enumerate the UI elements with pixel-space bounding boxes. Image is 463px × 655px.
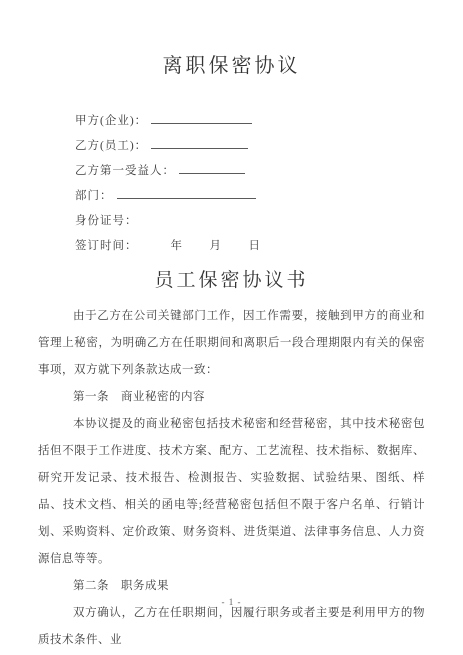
- field-label: 身份证号：: [75, 215, 138, 227]
- document-title: 离职保密协议: [38, 52, 425, 80]
- field-label: 甲方(企业)：: [75, 115, 147, 127]
- field-blank-line: [117, 185, 256, 199]
- field-label: 部门：: [75, 190, 113, 202]
- field-blank-line: [179, 160, 245, 174]
- field-party-a: 甲方(企业)：: [75, 109, 425, 134]
- field-label: 签订时间：: [75, 240, 138, 252]
- field-label: 乙方第一受益人：: [75, 165, 175, 177]
- section-2-heading: 第二条 职务成果: [38, 573, 425, 600]
- field-id-number: 身份证号：: [75, 209, 425, 234]
- field-date-placeholder: 年 月 日: [171, 240, 269, 252]
- section-1-heading: 第一条 商业秘密的内容: [38, 384, 425, 411]
- intro-paragraph: 由于乙方在公司关键部门工作，因工作需要，接触到甲方的商业和管理上秘密，为明确乙方…: [38, 303, 425, 384]
- field-party-b: 乙方(员工)：: [75, 134, 425, 159]
- document-subtitle: 员工保密协议书: [38, 268, 425, 294]
- field-beneficiary: 乙方第一受益人：: [75, 159, 425, 184]
- field-blank-line: [151, 110, 252, 124]
- field-department: 部门：: [75, 184, 425, 209]
- field-signing-date: 签订时间：年 月 日: [75, 234, 425, 259]
- header-fields: 甲方(企业)： 乙方(员工)： 乙方第一受益人： 部门： 身份证号： 签订时间：…: [75, 109, 425, 259]
- field-blank-line: [151, 135, 248, 149]
- section-1-paragraph: 本协议提及的商业秘密包括技术秘密和经营秘密，其中技术秘密包括但不限于工作进度、技…: [38, 411, 425, 573]
- document-page: 离职保密协议 甲方(企业)： 乙方(员工)： 乙方第一受益人： 部门： 身份证号…: [0, 0, 463, 655]
- page-number: - 1 -: [0, 597, 463, 607]
- field-label: 乙方(员工)：: [75, 140, 147, 152]
- section-2-paragraph: 双方确认，乙方在任职期间，因履行职务或者主要是利用甲方的物质技术条件、业: [38, 600, 425, 654]
